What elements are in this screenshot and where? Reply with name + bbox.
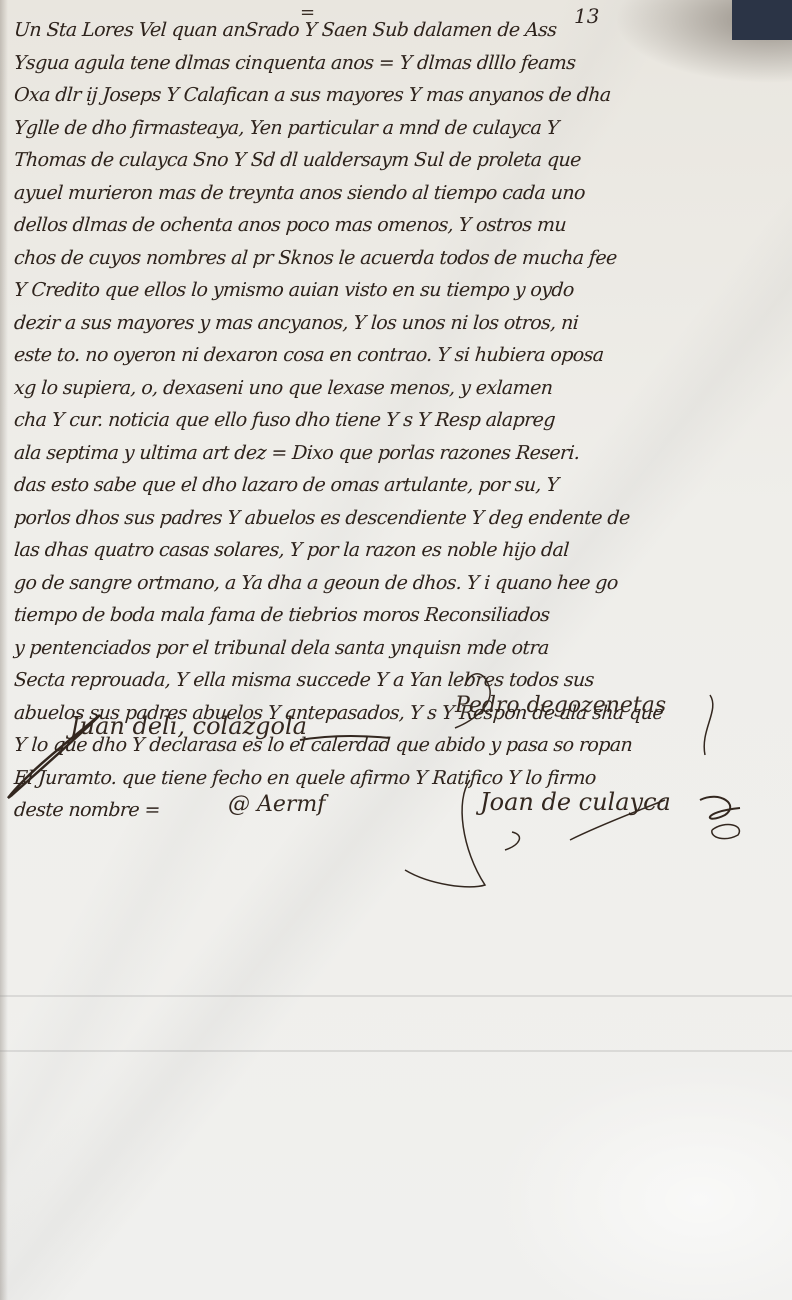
signature-flourishes-icon	[0, 0, 792, 1300]
manuscript-page: = 13 Un Sta Lores Vel quan anSrado Y Sae…	[0, 0, 792, 1300]
signature-joan-de-culayca: Joan de culayca	[480, 788, 671, 816]
signature-juan-de-olizcolazgola: Juan deli, colazgola	[70, 712, 307, 740]
background-corner	[732, 0, 792, 40]
signature-ante-mi: @ Aermf	[228, 792, 325, 817]
signature-pedro-de-gozeneta: Pedro degozenetas	[455, 693, 666, 718]
